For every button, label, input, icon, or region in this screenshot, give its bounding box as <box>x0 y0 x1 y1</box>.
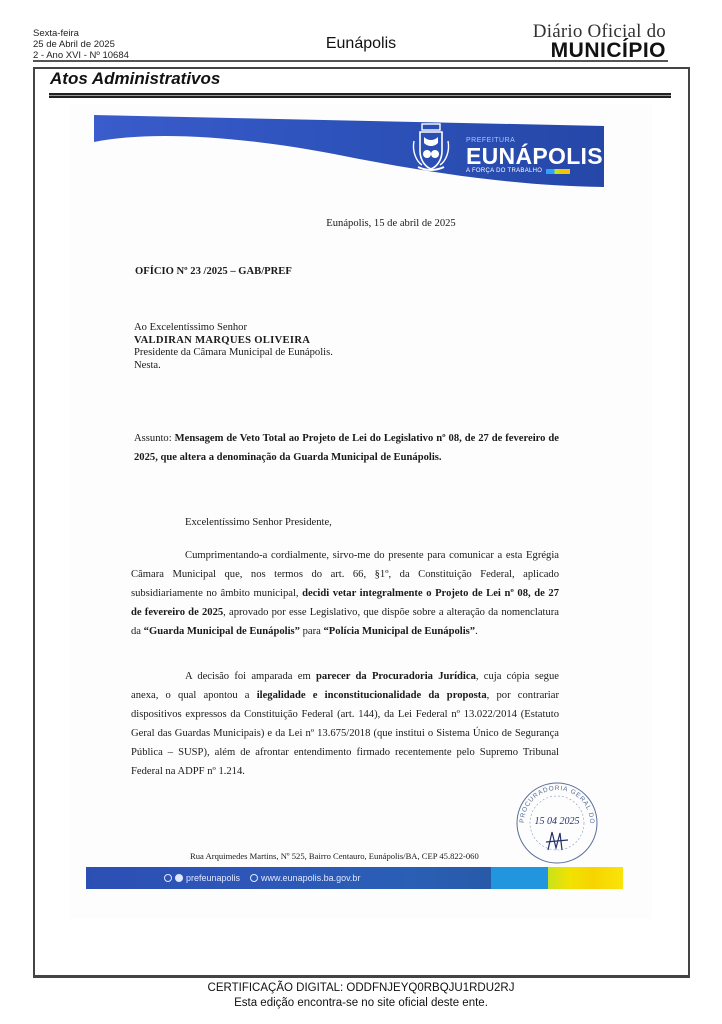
subject: Assunto: Mensagem de Veto Total ao Proje… <box>134 429 559 467</box>
paragraph-1: Cumprimentando-a cordialmente, sirvo-me … <box>131 546 559 641</box>
header-divider <box>33 60 668 62</box>
website-url: www.eunapolis.ba.gov.br <box>261 873 360 883</box>
paragraph-2-text-a: A decisão foi amparada em <box>185 671 316 682</box>
globe-icon <box>250 874 258 882</box>
paragraph-1-bold-c: “Polícia Municipal de Eunápolis” <box>324 626 476 637</box>
letterhead-footer-bar: prefeunapolis www.eunapolis.ba.gov.br <box>86 867 623 889</box>
letterhead-city: EUNÁPOLIS <box>466 145 603 167</box>
paragraph-2-text-c: , por contrariar dispositivos expressos … <box>131 690 559 777</box>
paragraph-1-text-c: para <box>300 626 324 637</box>
recipient-block: Ao Excelentíssimo Senhor VALDIRAN MARQUE… <box>134 322 333 372</box>
instagram-icon <box>164 874 172 882</box>
footer-yellow-block <box>548 867 623 889</box>
social-link[interactable]: prefeunapolis <box>164 873 240 883</box>
stamp-date: 15 04 2025 <box>535 816 580 827</box>
place-date: Eunápolis, 15 de abril de 2025 <box>0 218 722 229</box>
facebook-icon <box>175 874 183 882</box>
letterhead-logo: PREFEITURA EUNÁPOLIS A FORÇA DO TRABALHO <box>466 137 603 175</box>
paragraph-2-bold-a: parecer da Procuradoria Jurídica <box>316 671 476 682</box>
footer-divider <box>33 976 690 978</box>
section-title: Atos Administrativos <box>50 69 220 89</box>
footer-blue-block <box>491 867 548 889</box>
social-handle: prefeunapolis <box>186 873 240 883</box>
digital-certification: CERTIFICAÇÃO DIGITAL: ODDFNJEYQ0RBQJU1RD… <box>0 981 722 996</box>
recipient-location: Nesta. <box>134 360 333 373</box>
section-divider <box>49 93 671 98</box>
publication-logo: Diário Oficial do MUNICÍPIO <box>533 22 666 61</box>
greeting: Excelentíssimo Senhor Presidente, <box>185 517 332 528</box>
recipient-name: VALDIRAN MARQUES OLIVEIRA <box>134 335 333 348</box>
letterhead-tagline-text: A FORÇA DO TRABALHO <box>466 167 542 175</box>
edition-note: Esta edição encontra-se no site oficial … <box>0 996 722 1011</box>
document-reference: OFÍCIO Nº 23 /2025 – GAB/PREF <box>135 266 292 277</box>
subject-text: Mensagem de Veto Total ao Projeto de Lei… <box>134 433 559 463</box>
sender-address: Rua Arquimedes Martins, Nº 525, Bairro C… <box>190 851 479 861</box>
paragraph-2-bold-b: ilegalidade e inconstitucionalidade da p… <box>257 690 487 701</box>
color-stripe-icon <box>546 169 570 174</box>
recipient-title: Presidente da Câmara Municipal de Eunápo… <box>134 347 333 360</box>
footer-contact-strip: prefeunapolis www.eunapolis.ba.gov.br <box>86 867 491 889</box>
paragraph-1-text-d: . <box>475 626 478 637</box>
subject-label: Assunto: <box>134 433 172 444</box>
paragraph-1-bold-b: “Guarda Municipal de Eunápolis” <box>144 626 300 637</box>
paragraph-2: A decisão foi amparada em parecer da Pro… <box>131 667 559 781</box>
receipt-stamp-icon: PROCURADORIA GERAL DO MUNICÍPIO 15 04 20… <box>512 778 602 868</box>
recipient-salutation: Ao Excelentíssimo Senhor <box>134 322 333 335</box>
website-link[interactable]: www.eunapolis.ba.gov.br <box>250 873 360 883</box>
publication-logo-line2: MUNICÍPIO <box>533 41 666 61</box>
certification-block: CERTIFICAÇÃO DIGITAL: ODDFNJEYQ0RBQJU1RD… <box>0 981 722 1011</box>
municipal-crest-icon <box>410 123 452 175</box>
